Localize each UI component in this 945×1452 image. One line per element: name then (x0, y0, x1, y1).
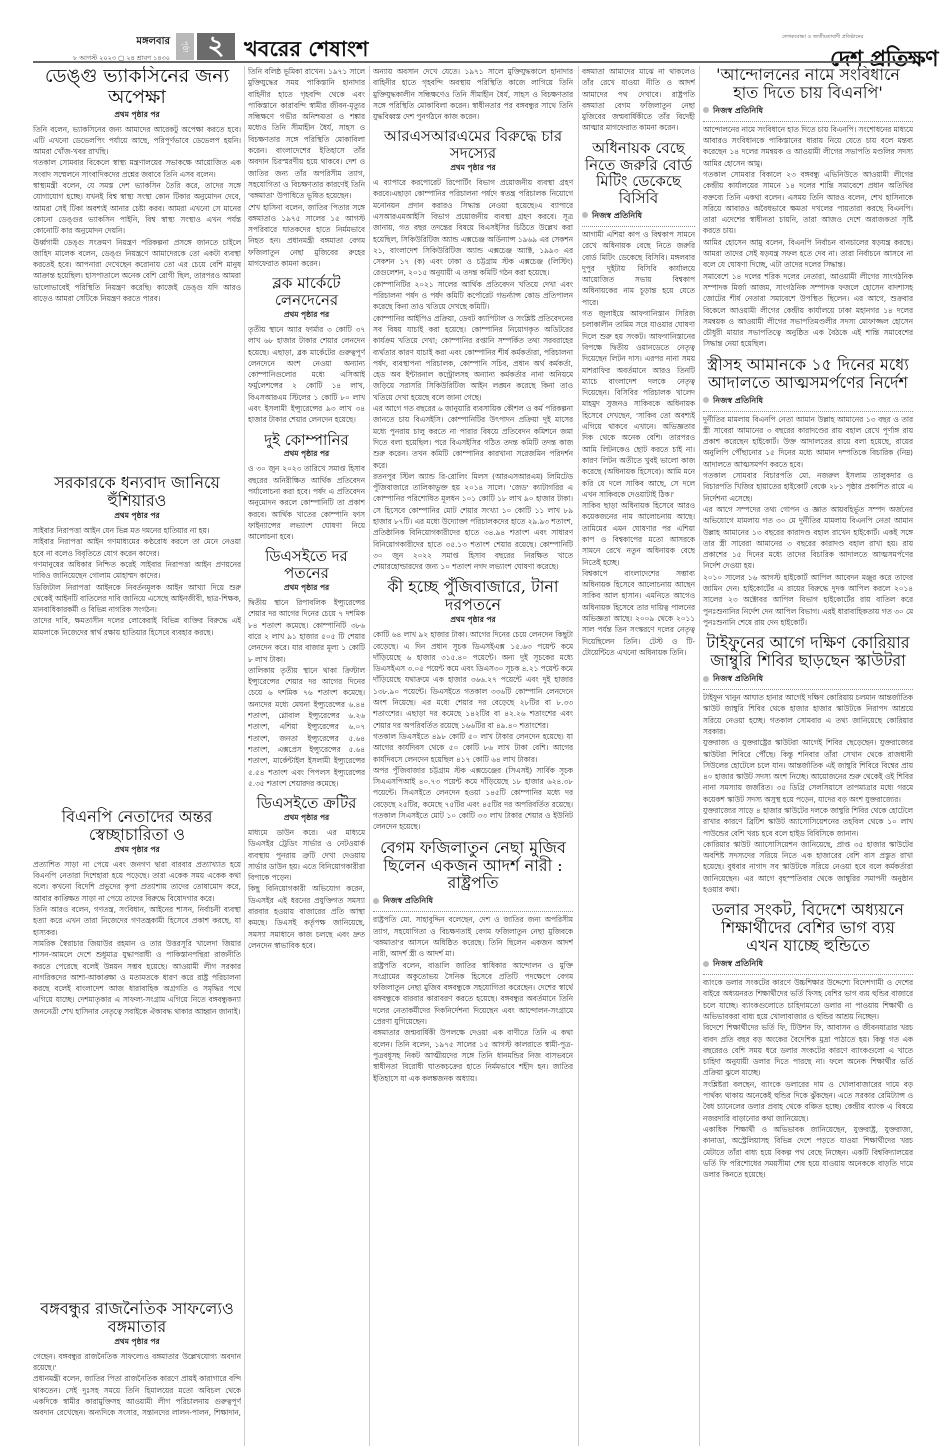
paragraph: তিনি বলেন, ভ্যাকসিনের জন্য আমাদের আরেকটু… (33, 124, 241, 158)
column-divider (578, 66, 579, 1446)
paragraph: ২০১০ সালের ১৬ আগস্ট হাইকোর্ট আপিল আবেদন … (703, 572, 913, 628)
article-bongomata-cont: তিনি বলিষ্ঠ ভূমিকা রাখেন। ১৯৭১ সালে মুক্… (248, 66, 365, 269)
paragraph: গত জুলাইয়ে আফগানিস্তান সিরিজ চলাকালীন ত… (582, 308, 695, 500)
paragraph: কোটি ৬৪ লাখ ৯২ হাজার টাকা। আগের দিনের চে… (373, 629, 573, 731)
headline: কী হচ্ছে পুঁজিবাজারে, টানা দরপতনে (373, 578, 573, 614)
article-bongomata: বঙ্গবন্ধুর রাজনৈতিক সাফল্যেও বঙ্গমাতার প… (33, 1300, 241, 1420)
headline: সরকারকে ধন্যবাদ জানিয়ে হুঁশিয়ারও (33, 474, 241, 510)
paragraph: সাইবার নিরাপত্তা আইন যেন ভিন্ন মত দমনের … (33, 525, 241, 536)
paragraph: তিনি আরও বলেন, গণতন্ত্র, সংবিধান, আইনের … (33, 904, 241, 938)
paragraph: স্বাস্থ্যমন্ত্রী বলেন, যে সমস্ত দেশ ভ্যা… (33, 180, 241, 236)
continued-label: প্রথম পৃষ্ঠার পর (248, 813, 365, 825)
paragraph: কোম্পানিটির ২০২১ সালের আর্থিক প্রতিবেদন … (373, 279, 573, 313)
article-block-market: ব্লক মার্কেটে লেনদেনের প্রথম পৃষ্ঠার পর … (248, 275, 365, 425)
paragraph: ব্যাংকে ডলার সংকটের কারণে উচ্চশিক্ষার উদ… (703, 977, 913, 1022)
headline: অধিনায়ক বেছে নিতে জরুরি বোর্ড মিটিং ডেক… (582, 140, 695, 207)
column-divider (699, 66, 700, 1446)
bullet-icon (703, 676, 709, 682)
article-bnp-leaders: বিএনপি নেতাদের অন্তর স্বেচ্ছাচারিতা ও প্… (33, 808, 241, 1017)
paragraph: শেখ হাসিনা বলেন, জাতির পিতার সঙ্গে বঙ্গম… (248, 202, 365, 270)
bullet-icon (703, 961, 709, 967)
bullet-icon (703, 107, 709, 113)
masthead-divider (33, 61, 913, 63)
paragraph: অপর পুঁজিবাজার চট্টগ্রাম স্টক এক্সচেঞ্জে… (373, 765, 573, 833)
headline: দুই কোম্পানির (248, 432, 365, 449)
continued-label: প্রথম পৃষ্ঠার পর (33, 511, 241, 523)
column-2: তিনি বলিষ্ঠ ভূমিকা রাখেন। ১৯৭১ সালে মুক্… (248, 66, 365, 1446)
paragraph: তৃতীয় স্থানে অ্যার ফার্মার ৩ কোটি ৩৭ লা… (248, 324, 365, 426)
continued-label: প্রথম পৃষ্ঠার পর (248, 310, 365, 322)
paragraph: বঙ্গমাতা আমাদের মাঝে না থাকলেও তাঁর রেখে… (582, 66, 695, 134)
headline: ডলার সংকট, বিদেশে অধ্যয়নে শিক্ষার্থীদের… (703, 901, 913, 955)
paragraph: বঙ্গমাতার জন্মবার্ষিকী উপলক্ষে দেওয়া এক… (373, 1027, 573, 1083)
column-divider (369, 66, 370, 1446)
paragraph: প্রত্যাশিত সাড়া না পেয়ে এবং জনগণ দ্বার… (33, 859, 241, 904)
headline: আরএসআরএমের বিরুদ্ধে চার সদস্যের (373, 128, 573, 162)
paragraph: গতকাল সোমবার বিকেলে স্বাস্থ্য মন্ত্রণালয… (33, 157, 241, 180)
masthead: মঙ্গলবার ৮ আগস্ট ২০২৩ ▢ ২৪ শ্রাবণ ১৪৩০ প… (0, 0, 945, 60)
paragraph: গেছেন। বঙ্গবন্ধুর রাজনৈতিক সাফল্যেও বঙ্গ… (33, 1351, 241, 1374)
article-scouts-korea: টাইফুনের আগে দক্ষিণ কোরিয়ার জাম্বুরি শি… (703, 634, 913, 895)
column-1: ডেঙ্গু ভ্যাকসিনের জন্য অপেক্ষা প্রথম পৃষ… (33, 66, 241, 1446)
page-label: পৃষ্ঠা (176, 33, 194, 60)
article-dse-crude: ডিএসইতে ক্রটির প্রথম পৃষ্ঠার পর মাধ্যমে … (248, 795, 365, 951)
article-dollar-crisis: ডলার সংকট, বিদেশে অধ্যয়নে শিক্ষার্থীদের… (703, 901, 913, 1180)
paragraph: দ্বিতীয় স্থানে রিপাবলিক ইন্স্যুরেন্সের … (248, 597, 365, 665)
paragraph: দুর্নীতির মামলায় বিএনপি নেতা আমান উল্লা… (703, 414, 913, 470)
paragraph: প্রধানমন্ত্রী বলেন, জাতির পিতা রাজনৈতিক … (33, 1373, 241, 1420)
paragraph: আমির হোসেন আমু বলেন, বিএনপি নির্বাচন বান… (703, 237, 913, 271)
article-fazilatunnesa: বেগম ফজিলাতুন নেছা মুজিব ছিলেন একজন আদর্… (373, 839, 573, 1084)
paragraph: গণমানুষের অধিকার নিশ্চিত করেই সাইবার নির… (33, 559, 241, 582)
paragraph: গতকাল সোমবার বিচারপতি মো. নজরুল ইসলাম তা… (703, 470, 913, 504)
paragraph: কোম্পানির আইপিও প্রক্রিয়া, ডেবট ক্যাপিট… (373, 313, 573, 403)
byline: নিজস্ব প্রতিনিধি (703, 673, 913, 690)
paragraph: ডিজিটাল নিরাপত্তা আইনকে নিবর্তনমূলক আইন … (33, 582, 241, 616)
paragraph: আন্দোলনের নামে সংবিধানে হাত দিতে চায় বি… (703, 124, 913, 169)
paragraph: বিদেশে শিক্ষার্থীদের ভর্তি ফি, টিউশন ফি,… (703, 1022, 913, 1078)
paragraph: আগামী এশিয়া কাপ ও বিশ্বকাপ সামনে রেখে অ… (582, 229, 695, 308)
continued-label: প্রথম পৃষ্ঠার পর (248, 583, 365, 595)
headline: ডিএসইতে দর পতনের (248, 548, 365, 582)
column-divider (244, 66, 245, 1446)
headline: টাইফুনের আগে দক্ষিণ কোরিয়ার জাম্বুরি শি… (703, 634, 913, 670)
article-bcb-captain: অধিনায়ক বেছে নিতে জরুরি বোর্ড মিটিং ডেক… (582, 140, 695, 658)
brand-tagline: লেখকবোদ্ধা ও জাতীয়তাবাদী প্রতিষ্ঠানের (778, 34, 938, 42)
paragraph: কোরিয়ার স্কাউট অ্যাসোসিয়েশন জানিয়েছে,… (703, 839, 913, 895)
paragraph: ও ৩০ জুন ২০২৩ তারিখে সমাপ্ত হিসাব বছরের … (248, 463, 365, 542)
bullet-icon (582, 212, 588, 218)
headline: ডিএসইতে ক্রটির (248, 795, 365, 812)
column-3: অন্যায় অবসান দেখে যেতে। ১৯৭১ সালে মুক্ত… (373, 66, 573, 1446)
article-dse-price-fall: ডিএসইতে দর পতনের প্রথম পৃষ্ঠার পর দ্বিতী… (248, 548, 365, 789)
paragraph: তালিকায় তৃতীয় স্থানে থাকা ক্রিস্টাল ইন… (248, 665, 365, 789)
byline: নিজস্ব প্রতিনিধি (703, 958, 913, 975)
column-6: 'আন্দোলনের নামে সংবিধানে হাত দিতে চায় ব… (703, 66, 913, 1446)
page-number: ২ (197, 33, 235, 60)
headline: 'আন্দোলনের নামে সংবিধানে হাত দিতে চায় ব… (703, 66, 913, 102)
headline: ব্লক মার্কেটে লেনদেনের (248, 275, 365, 309)
paragraph: রাষ্ট্রপতি বলেন, বাঙালি জাতির স্বাধিকার … (373, 960, 573, 1028)
paragraph: সাকিব ছাড়া অধিনায়ক হিসেবে আরও কয়েকজনে… (582, 500, 695, 568)
continued-label: প্রথম পৃষ্ঠার পর (33, 1337, 241, 1349)
issue-day: মঙ্গলবার (60, 34, 170, 51)
paragraph: গতকাল সোমবার বিকালে ২৩ বঙ্গবন্ধু এভিনিউত… (703, 169, 913, 237)
byline: নিজস্ব প্রতিনিধি (582, 210, 695, 227)
paragraph: তিনি বলিষ্ঠ ভূমিকা রাখেন। ১৯৭১ সালে মুক্… (248, 66, 365, 202)
article-dengue: ডেঙ্গু ভ্যাকসিনের জন্য অপেক্ষা প্রথম পৃষ… (33, 66, 241, 304)
article-president-cont2: বঙ্গমাতা আমাদের মাঝে না থাকলেও তাঁর রেখে… (582, 66, 695, 134)
paragraph: রতনপুর স্টিল অ্যান্ড রি-রোলিং মিলস (আরএস… (373, 471, 573, 573)
headline: বঙ্গবন্ধুর রাজনৈতিক সাফল্যেও বঙ্গমাতার (33, 1300, 241, 1336)
paragraph: সমাবেশে ১৪ দলের শরিক দলের নেতারা, আওয়াম… (703, 271, 913, 350)
paragraph: মাধ্যমে ডাউন করে। এর মাধ্যমে ডিএসইর ট্রে… (248, 827, 365, 883)
headline: ডেঙ্গু ভ্যাকসিনের জন্য অপেক্ষা (33, 66, 241, 109)
paragraph: যুক্তরাজ্য ও যুক্তরাষ্ট্রের স্কাউটরা আগে… (703, 737, 913, 805)
paragraph: এ ব্যাপারে করপোরেট রিপোর্টিং বিভাগ প্রয়… (373, 177, 573, 279)
byline: নিজস্ব প্রতিনিধি (703, 395, 913, 412)
article-awami-constitution: 'আন্দোলনের নামে সংবিধানে হাত দিতে চায় ব… (703, 66, 913, 350)
headline: বিএনপি নেতাদের অন্তর স্বেচ্ছাচারিতা ও (33, 808, 241, 844)
paragraph: রাষ্ট্রপতি মো. সাহাবুদ্দিন বলেছেন, দেশ ও… (373, 914, 573, 959)
continued-label: প্রথম পৃষ্ঠার পর (373, 163, 573, 175)
paragraph: সংশ্লিষ্টরা বলছেন, ব্যাংকে ডলারের দাম ও … (703, 1079, 913, 1124)
bullet-icon (703, 397, 709, 403)
paragraph: তাদের দাবি, ক্ষমতাসীন দলের লোকেরাই বিভিন… (33, 615, 241, 638)
byline: নিজস্ব প্রতিনিধি (703, 105, 913, 122)
article-two-companies: দুই কোম্পানির প্রথম পৃষ্ঠার পর ও ৩০ জুন … (248, 432, 365, 543)
continued-label: প্রথম পৃষ্ঠার পর (373, 615, 573, 627)
paragraph: এর আগে গত বছরের ৬ জানুয়ারি ব্যবসায়িক ক… (373, 403, 573, 471)
article-cyber: সরকারকে ধন্যবাদ জানিয়ে হুঁশিয়ারও প্রথম… (33, 474, 241, 638)
paragraph: যুক্তরাজ্যের সাড়ে ৪ হাজার স্কাউটের দলকে… (703, 805, 913, 839)
paragraph: টাইফুন খানুন আঘাত হানার আগেই দক্ষিণ কোরি… (703, 692, 913, 737)
article-rsrm: আরএসআরএমের বিরুদ্ধে চার সদস্যের প্রথম পৃ… (373, 128, 573, 572)
article-president-cont: অন্যায় অবসান দেখে যেতে। ১৯৭১ সালে মুক্ত… (373, 66, 573, 122)
continued-label: প্রথম পৃষ্ঠার পর (33, 845, 241, 857)
continued-label: প্রথম পৃষ্ঠার পর (33, 110, 241, 122)
column-5: বঙ্গমাতা আমাদের মাঝে না থাকলেও তাঁর রেখে… (582, 66, 695, 1446)
paragraph: অন্যায় অবসান দেখে যেতে। ১৯৭১ সালে মুক্ত… (373, 66, 573, 122)
article-aman-surrender: স্ত্রীসহ আমানকে ১৫ দিনের মধ্যে আদালতে আত… (703, 356, 913, 628)
paragraph: এর আগে সম্পদের তথ্য গোপন ও জ্ঞাত আয়বহির… (703, 504, 913, 572)
paragraph: কিছু বিনিয়োগকারী অভিযোগ করেন, ডিএসইর এই… (248, 883, 365, 951)
paragraph: সাইবার নিরাপত্তা আইন গণমাধ্যমের কণ্ঠরোধ … (33, 536, 241, 559)
byline: নিজস্ব প্রতিনিধি (373, 895, 573, 912)
paragraph: গতকাল ডিএসইতে ৪৯৮ কোটি ৫০ লাখ টাকার লেনদ… (373, 731, 573, 765)
paragraph: ঊর্ধ্বগামী ডেঙ্গু সংক্রমণ নিয়ন্ত্রণ পরি… (33, 237, 241, 305)
headline: স্ত্রীসহ আমানকে ১৫ দিনের মধ্যে আদালতে আত… (703, 356, 913, 392)
issue-date-block: মঙ্গলবার ৮ আগস্ট ২০২৩ ▢ ২৪ শ্রাবণ ১৪৩০ (60, 34, 170, 64)
paragraph: বিশ্বকাপে বাংলাদেশের সম্ভাব্য অধিনায়ক হ… (582, 568, 695, 658)
headline: বেগম ফজিলাতুন নেছা মুজিব ছিলেন একজন আদর্… (373, 839, 573, 893)
bullet-icon (373, 898, 379, 904)
article-capital-market: কী হচ্ছে পুঁজিবাজারে, টানা দরপতনে প্রথম … (373, 578, 573, 832)
continued-label: প্রথম পৃষ্ঠার পর (248, 449, 365, 461)
paragraph: সামরিক স্বৈরাচার জিয়াউর রহমান ও তার উত্… (33, 938, 241, 1017)
paragraph: একাধিক শিক্ষার্থী ও অভিভাবক জানিয়েছেন, … (703, 1124, 913, 1180)
